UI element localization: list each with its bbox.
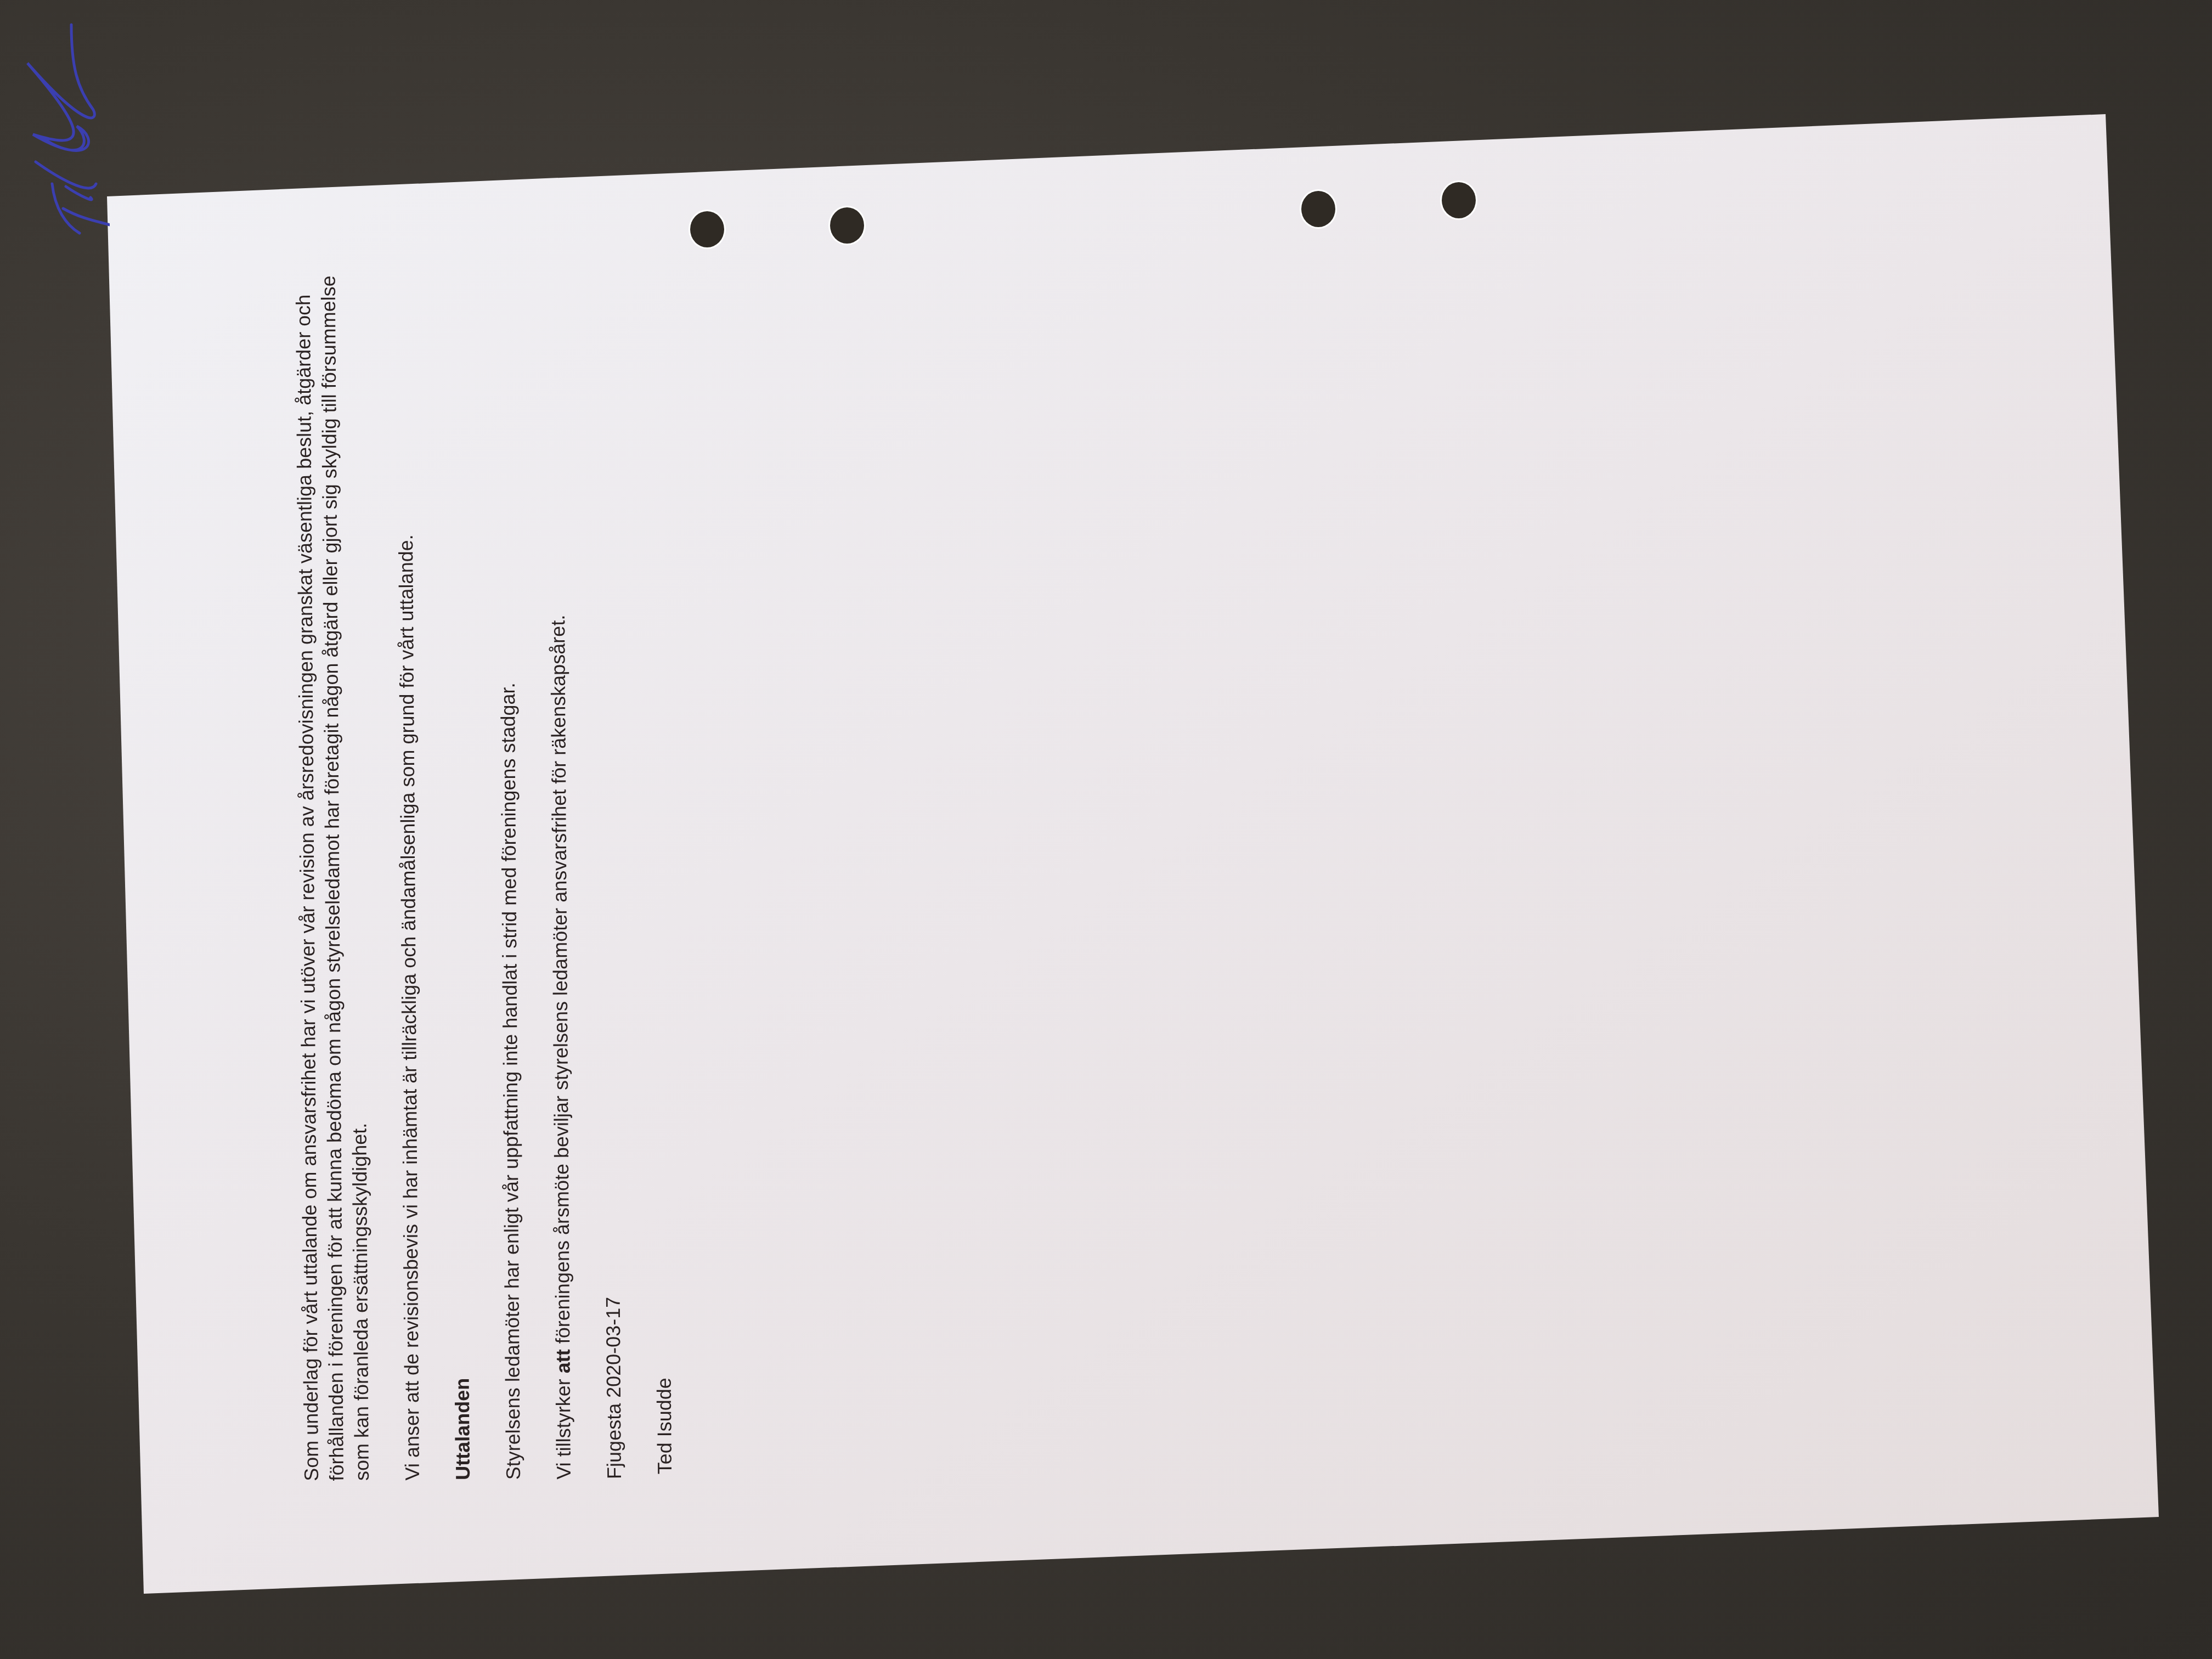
place-date: Fjugesta 2020-03-17	[594, 272, 627, 1479]
paragraph-basis: Som underlag för vårt uttalande om ansva…	[291, 274, 375, 1481]
heading-statements: Uttalanden	[442, 273, 476, 1480]
paper-sheet: Som underlag för vårt uttalande om ansva…	[0, 0, 2212, 1659]
punch-hole	[1442, 182, 1476, 218]
document-body: Som underlag för vårt uttalande om ansva…	[291, 272, 703, 1481]
statement-bylaws: Styrelsens ledamöter har enligt vår uppf…	[493, 273, 526, 1480]
punch-hole	[1301, 191, 1335, 227]
signer-name: Ted Isudde	[644, 272, 678, 1479]
handwritten-signature	[0, 0, 110, 285]
statement-text: Vi tillstyrker	[552, 1373, 575, 1480]
statement-bold: att	[551, 1349, 574, 1373]
statement-discharge: Vi tillstyrker att föreningens årsmöte b…	[543, 273, 577, 1480]
paragraph-evidence: Vi anser att de revisionsbevis vi har in…	[392, 273, 425, 1480]
punch-hole	[690, 211, 724, 247]
statement-text: föreningens årsmöte beviljar styrelsens …	[546, 615, 574, 1350]
punch-hole	[830, 207, 864, 244]
